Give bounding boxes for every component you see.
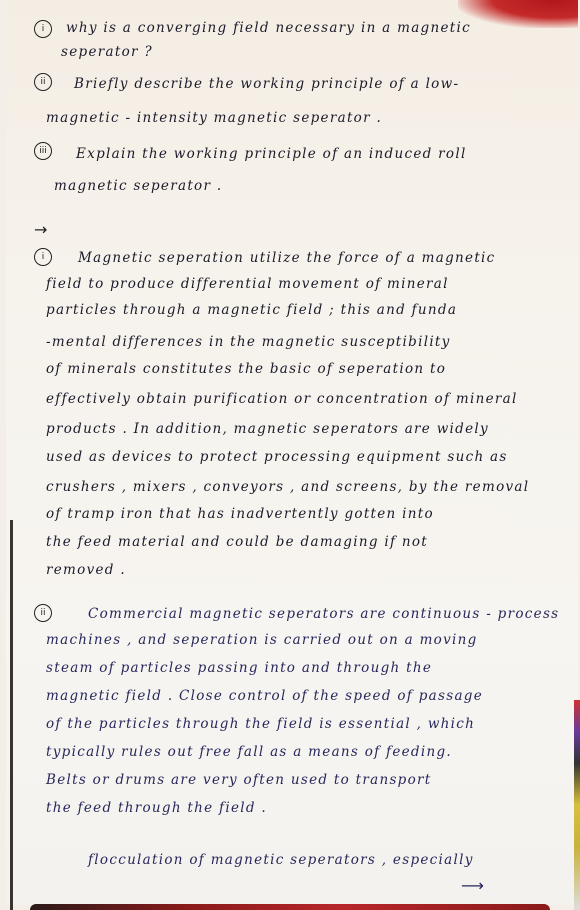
answer-i-line: removed . bbox=[46, 562, 126, 578]
question-i-line-2: seperator ? bbox=[61, 44, 153, 60]
margin-line bbox=[10, 520, 13, 910]
answer-arrow-icon: → bbox=[34, 220, 47, 239]
question-number-iii: iii bbox=[34, 142, 52, 160]
answer-ii-line: Belts or drums are very often used to tr… bbox=[46, 772, 432, 788]
answer-i-line: crushers , mixers , conveyors , and scre… bbox=[46, 479, 529, 495]
answer-i-line: Magnetic seperation utilize the force of… bbox=[78, 250, 496, 266]
red-cloth-corner bbox=[458, 0, 578, 28]
answer-ii-line: the feed through the field . bbox=[46, 800, 267, 816]
answer-ii-line: steam of particles passing into and thro… bbox=[46, 660, 432, 676]
question-number-i: i bbox=[34, 20, 52, 38]
answer-i-line: products . In addition, magnetic seperat… bbox=[46, 421, 489, 437]
question-iii-line-1: Explain the working principle of an indu… bbox=[76, 146, 467, 162]
question-ii-line-1: Briefly describe the working principle o… bbox=[74, 76, 459, 92]
answer-ii-line: of the particles through the field is es… bbox=[46, 716, 475, 732]
answer-i-line: particles through a magnetic field ; thi… bbox=[46, 302, 457, 318]
answer-i-line: effectively obtain purification or conce… bbox=[46, 391, 518, 407]
answer-i-line: of minerals constitutes the basic of sep… bbox=[46, 361, 446, 377]
answer-ii-line: machines , and seperation is carried out… bbox=[46, 632, 478, 648]
question-number-ii: ii bbox=[34, 73, 52, 91]
answer-i-line: used as devices to protect processing eq… bbox=[46, 449, 508, 465]
answer-i-line: of tramp iron that has inadvertently got… bbox=[46, 506, 434, 522]
answer-number-i: i bbox=[34, 248, 52, 266]
question-ii-line-2: magnetic - intensity magnetic seperator … bbox=[46, 110, 382, 126]
red-cloth-bottom bbox=[30, 904, 550, 910]
answer-number-ii: ii bbox=[34, 604, 52, 622]
question-i-line-1: why is a converging field necessary in a… bbox=[66, 20, 471, 36]
notebook-page: i why is a converging field necessary in… bbox=[6, 0, 578, 905]
answer-ii-line: magnetic field . Close control of the sp… bbox=[46, 688, 483, 704]
answer-ii-line: typically rules out free fall as a means… bbox=[46, 744, 452, 760]
answer-i-line: -mental differences in the magnetic susc… bbox=[46, 334, 451, 350]
answer-i-line: the feed material and could be damaging … bbox=[46, 534, 428, 550]
question-iii-line-2: magnetic seperator . bbox=[54, 178, 222, 194]
colored-cloth-edge bbox=[574, 700, 580, 910]
answer-ii-line: Commercial magnetic seperators are conti… bbox=[88, 606, 559, 622]
continue-arrow-icon: ⟶ bbox=[461, 876, 484, 895]
footer-line: flocculation of magnetic seperators , es… bbox=[88, 852, 474, 868]
answer-i-line: field to produce differential movement o… bbox=[46, 276, 449, 292]
